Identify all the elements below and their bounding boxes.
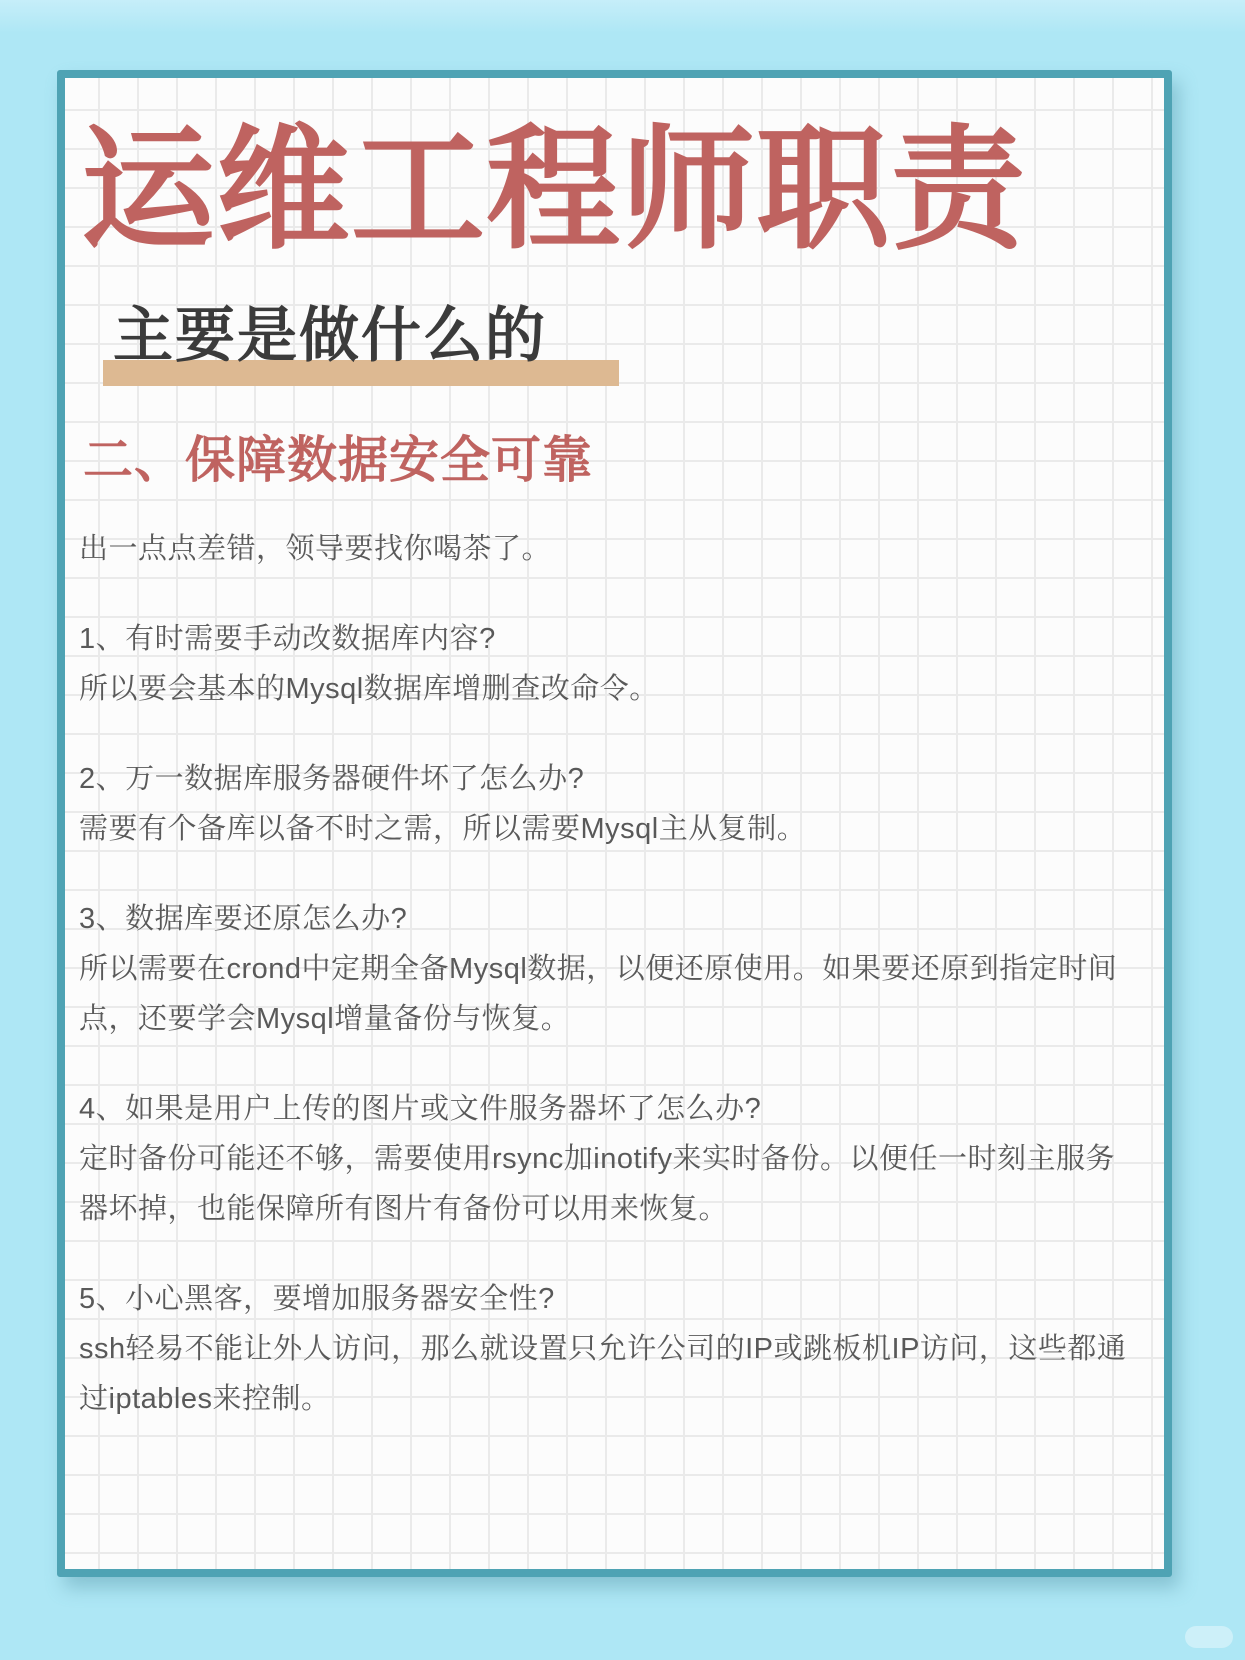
qa-question: 5、小心黑客，要增加服务器安全性? xyxy=(79,1274,1138,1324)
list-item: 1、有时需要手动改数据库内容? 所以要会基本的Mysql数据库增删查改命令。 xyxy=(79,614,1138,714)
list-item: 4、如果是用户上传的图片或文件服务器坏了怎么办? 定时备份可能还不够，需要使用r… xyxy=(79,1084,1138,1234)
list-item: 5、小心黑客，要增加服务器安全性? ssh轻易不能让外人访问，那么就设置只允许公… xyxy=(79,1274,1138,1424)
qa-answer: ssh轻易不能让外人访问，那么就设置只允许公司的IP或跳板机IP访问，这些都通过… xyxy=(79,1324,1138,1424)
content-card: 运维工程师职责 主要是做什么的 二、保障数据安全可靠 出一点点差错，领导要找你喝… xyxy=(57,70,1172,1577)
section-intro: 出一点点差错，领导要找你喝茶了。 xyxy=(79,524,1144,574)
section-heading: 二、保障数据安全可靠 xyxy=(83,420,1144,492)
page-title: 运维工程师职责 xyxy=(81,116,1144,266)
page-background: { "theme": { "page_background": "#aee7f5… xyxy=(0,0,1245,1660)
qa-answer: 所以需要在crond中定期全备Mysql数据，以便还原使用。如果要还原到指定时间… xyxy=(79,944,1138,1044)
page-subtitle: 主要是做什么的 xyxy=(113,288,547,374)
qa-answer: 定时备份可能还不够，需要使用rsync加inotify来实时备份。以便任一时刻主… xyxy=(79,1134,1138,1234)
qa-answer: 需要有个备库以备不时之需，所以需要Mysql主从复制。 xyxy=(79,804,1138,854)
list-item: 2、万一数据库服务器硬件坏了怎么办? 需要有个备库以备不时之需，所以需要Mysq… xyxy=(79,754,1138,854)
qa-answer: 所以要会基本的Mysql数据库增删查改命令。 xyxy=(79,664,1138,714)
qa-list: 1、有时需要手动改数据库内容? 所以要会基本的Mysql数据库增删查改命令。 2… xyxy=(79,614,1144,1424)
qa-question: 1、有时需要手动改数据库内容? xyxy=(79,614,1138,664)
grid-paper: 运维工程师职责 主要是做什么的 二、保障数据安全可靠 出一点点差错，领导要找你喝… xyxy=(65,78,1164,1569)
qa-question: 3、数据库要还原怎么办? xyxy=(79,894,1138,944)
list-item: 3、数据库要还原怎么办? 所以需要在crond中定期全备Mysql数据，以便还原… xyxy=(79,894,1138,1044)
watermark-logo xyxy=(1185,1626,1233,1648)
qa-question: 2、万一数据库服务器硬件坏了怎么办? xyxy=(79,754,1138,804)
qa-question: 4、如果是用户上传的图片或文件服务器坏了怎么办? xyxy=(79,1084,1138,1134)
page-subtitle-label: 主要是做什么的 xyxy=(113,302,547,369)
